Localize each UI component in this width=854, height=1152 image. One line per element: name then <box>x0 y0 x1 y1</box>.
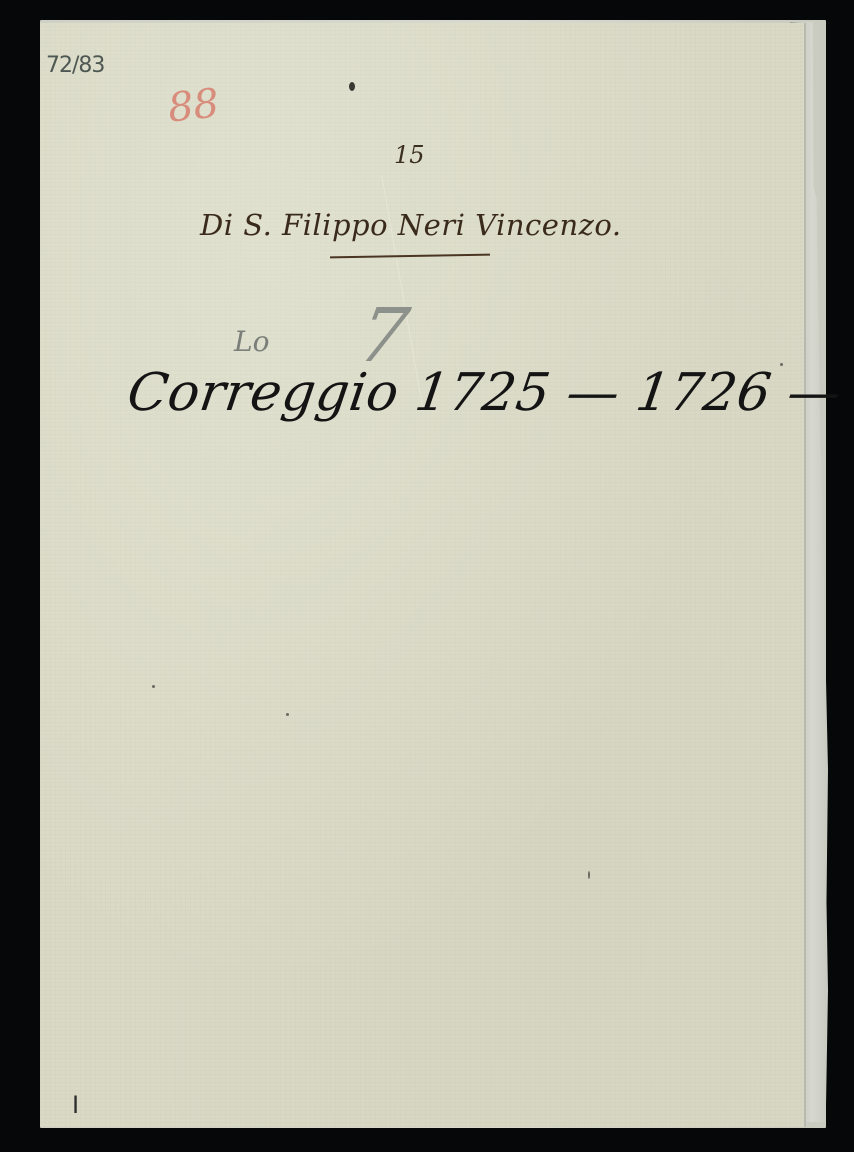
main-title: Correggio 1725 — 1726 — N.° 7. <box>124 363 854 423</box>
red-pencil-number: 88 <box>166 80 221 131</box>
pencil-annotation: Lo <box>234 325 269 358</box>
ink-blot <box>349 82 355 91</box>
paper-speck <box>780 363 783 366</box>
paper-speck <box>286 713 289 716</box>
archive-number: 72/83 <box>46 53 104 78</box>
document-page: 72/83 88 15 Di S. Filippo Neri Vincenzo.… <box>40 23 804 1127</box>
corner-mark: I <box>72 1091 79 1119</box>
heading-underline <box>330 254 490 259</box>
paper-speck <box>152 685 155 688</box>
folio-number: 15 <box>394 141 425 169</box>
document-heading: Di S. Filippo Neri Vincenzo. <box>200 208 622 242</box>
paper-speck <box>588 871 590 879</box>
